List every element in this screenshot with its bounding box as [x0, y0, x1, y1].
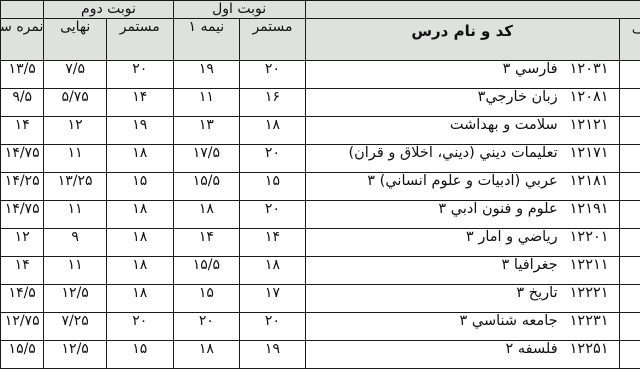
cell-row-number: ۵ — [619, 173, 640, 201]
cell-row-number: ۶ — [619, 201, 640, 229]
table-row: ۱۲۹۱۸۱۴۱۴۱۲۲۰۱رياضي و آمار ۳۷ — [1, 229, 640, 257]
cell-final: ۱۲ — [44, 117, 107, 145]
table-row: ۱۴/۷۵۱۱۱۸۱۸۲۰۱۲۱۹۱علوم و فنون ادبي ۳۶ — [1, 201, 640, 229]
cell-midterm-1: ۲۰ — [173, 313, 240, 341]
subject-name: عربي (ادبيات و علوم انساني) ۳ — [367, 173, 557, 189]
header-blank-year — [1, 1, 44, 19]
cell-midterm-1: ۱۵ — [173, 285, 240, 313]
cell-row-number: ۷ — [619, 229, 640, 257]
cell-row-number: ۱ — [619, 61, 640, 89]
cell-continuous-1: ۱۸ — [240, 257, 306, 285]
subject-name: سلامت و بهداشت — [450, 117, 558, 133]
table-row: ۱۲/۷۵۷/۲۵۲۰۲۰۲۰۱۲۲۳۱جامعه شناسي ۳۱۰ — [1, 313, 640, 341]
header-subject: کد و نام درس — [305, 19, 619, 61]
subject-code: ۱۲۱۸۱ — [570, 173, 609, 189]
cell-subject: ۱۲۲۱۱جغرافيا ۳ — [305, 257, 619, 285]
subject-name: فلسفه ۲ — [505, 341, 557, 357]
cell-final: ۱۱ — [44, 257, 107, 285]
report-card-sheet: نوبت دوم نوبت اول نمره سال نهایی مستمر ن… — [0, 0, 640, 382]
cell-continuous-2: ۱۸ — [106, 229, 173, 257]
subject-code: ۱۲۱۲۱ — [570, 117, 609, 133]
cell-continuous-2: ۱۵ — [106, 341, 173, 369]
cell-row-number: ۲ — [619, 89, 640, 117]
header-row-number: ردیف — [619, 19, 640, 61]
subject-code: ۱۲۰۳۱ — [570, 61, 609, 77]
subject-name: تعليمات ديني (ديني، اخلاق و قرآن) — [349, 145, 558, 161]
cell-continuous-2: ۱۸ — [106, 145, 173, 173]
subject-code: ۱۲۲۵۱ — [570, 341, 609, 357]
header-first-term: نوبت اول — [173, 1, 305, 19]
cell-year-grade: ۱۴ — [1, 117, 44, 145]
header-continuous-1: مستمر — [240, 19, 306, 61]
cell-year-grade: ۱۴/۷۵ — [1, 201, 44, 229]
cell-row-number: ۱۱ — [619, 341, 640, 369]
cell-continuous-2: ۱۸ — [106, 201, 173, 229]
cell-final: ۱۲/۵ — [44, 285, 107, 313]
cell-subject: ۱۲۲۲۱تاريخ ۳ — [305, 285, 619, 313]
cell-year-grade: ۱۵/۵ — [1, 341, 44, 369]
cell-row-number: ۱۰ — [619, 313, 640, 341]
cell-year-grade: ۱۲/۷۵ — [1, 313, 44, 341]
cell-final: ۱۳/۲۵ — [44, 173, 107, 201]
cell-continuous-1: ۱۵ — [240, 173, 306, 201]
cell-subject: ۱۲۲۵۱فلسفه ۲ — [305, 341, 619, 369]
cell-continuous-1: ۱۴ — [240, 229, 306, 257]
cell-year-grade: ۱۴/۲۵ — [1, 173, 44, 201]
cell-row-number: ۸ — [619, 257, 640, 285]
cell-final: ۷/۵ — [44, 61, 107, 89]
cell-subject: ۱۲۱۸۱عربي (ادبيات و علوم انساني) ۳ — [305, 173, 619, 201]
subject-code: ۱۲۱۷۱ — [570, 145, 609, 161]
cell-midterm-1: ۱۳ — [173, 117, 240, 145]
cell-continuous-1: ۱۷ — [240, 285, 306, 313]
cell-continuous-1: ۱۸ — [240, 117, 306, 145]
table-row: ۱۴۱۲۱۹۱۳۱۸۱۲۱۲۱سلامت و بهداشت۳ — [1, 117, 640, 145]
subject-code: ۱۲۱۹۱ — [570, 201, 609, 217]
header-blank-subject — [305, 1, 640, 19]
cell-final: ۵/۷۵ — [44, 89, 107, 117]
header-column-row: نمره سال نهایی مستمر نیمه ۱ مستمر کد و ن… — [1, 19, 640, 61]
cell-final: ۹ — [44, 229, 107, 257]
cell-midterm-1: ۱۱ — [173, 89, 240, 117]
cell-subject: ۱۲۰۳۱فارسي ۳ — [305, 61, 619, 89]
cell-continuous-2: ۱۸ — [106, 257, 173, 285]
header-group-row: نوبت دوم نوبت اول — [1, 1, 640, 19]
cell-midterm-1: ۱۷/۵ — [173, 145, 240, 173]
cell-midterm-1: ۱۹ — [173, 61, 240, 89]
table-row: ۱۴/۲۵۱۳/۲۵۱۵۱۵/۵۱۵۱۲۱۸۱عربي (ادبيات و عل… — [1, 173, 640, 201]
cell-midterm-1: ۱۵/۵ — [173, 257, 240, 285]
subject-name: فارسي ۳ — [503, 61, 558, 77]
subject-name: جغرافيا ۳ — [502, 257, 558, 273]
cell-final: ۱۲/۵ — [44, 341, 107, 369]
subject-code: ۱۲۲۳۱ — [570, 313, 609, 329]
header-second-term: نوبت دوم — [44, 1, 173, 19]
cell-year-grade: ۹/۵ — [1, 89, 44, 117]
header-final: نهایی — [44, 19, 107, 61]
table-row: ۱۵/۵۱۲/۵۱۵۱۸۱۹۱۲۲۵۱فلسفه ۲۱۱ — [1, 341, 640, 369]
subject-code: ۱۲۰۸۱ — [570, 89, 609, 105]
table-row: ۱۴/۷۵۱۱۱۸۱۷/۵۲۰۱۲۱۷۱تعليمات ديني (ديني، … — [1, 145, 640, 173]
cell-continuous-2: ۲۰ — [106, 313, 173, 341]
cell-row-number: ۴ — [619, 145, 640, 173]
subject-name: جامعه شناسي ۳ — [460, 313, 558, 329]
cell-subject: ۱۲۱۲۱سلامت و بهداشت — [305, 117, 619, 145]
cell-continuous-2: ۱۸ — [106, 285, 173, 313]
table-row: ۱۴/۵۱۲/۵۱۸۱۵۱۷۱۲۲۲۱تاريخ ۳۹ — [1, 285, 640, 313]
cell-continuous-1: ۱۶ — [240, 89, 306, 117]
cell-subject: ۱۲۲۰۱رياضي و آمار ۳ — [305, 229, 619, 257]
cell-row-number: ۳ — [619, 117, 640, 145]
cell-continuous-2: ۱۴ — [106, 89, 173, 117]
cell-continuous-1: ۲۰ — [240, 313, 306, 341]
cell-subject: ۱۲۱۹۱علوم و فنون ادبي ۳ — [305, 201, 619, 229]
subject-code: ۱۲۲۲۱ — [570, 285, 609, 301]
cell-year-grade: ۱۴ — [1, 257, 44, 285]
header-continuous-2: مستمر — [106, 19, 173, 61]
cell-subject: ۱۲۰۸۱زبان خارجي۳ — [305, 89, 619, 117]
subject-name: رياضي و آمار ۳ — [466, 229, 558, 245]
subject-name: زبان خارجي۳ — [478, 89, 558, 105]
cell-subject: ۱۲۲۳۱جامعه شناسي ۳ — [305, 313, 619, 341]
subject-code: ۱۲۲۱۱ — [570, 257, 609, 273]
table-row: ۹/۵۵/۷۵۱۴۱۱۱۶۱۲۰۸۱زبان خارجي۳۲ — [1, 89, 640, 117]
cell-year-grade: ۱۴/۵ — [1, 285, 44, 313]
cell-midterm-1: ۱۵/۵ — [173, 173, 240, 201]
cell-year-grade: ۱۴/۷۵ — [1, 145, 44, 173]
subject-code: ۱۲۲۰۱ — [570, 229, 609, 245]
cell-continuous-2: ۱۵ — [106, 173, 173, 201]
cell-continuous-1: ۱۹ — [240, 341, 306, 369]
grades-body: ۱۳/۵۷/۵۲۰۱۹۲۰۱۲۰۳۱فارسي ۳۱۹/۵۵/۷۵۱۴۱۱۱۶۱… — [1, 61, 640, 369]
grades-table: نوبت دوم نوبت اول نمره سال نهایی مستمر ن… — [0, 0, 640, 369]
cell-midterm-1: ۱۸ — [173, 341, 240, 369]
cell-continuous-1: ۲۰ — [240, 201, 306, 229]
header-midterm-1: نیمه ۱ — [173, 19, 240, 61]
cell-year-grade: ۱۲ — [1, 229, 44, 257]
subject-name: تاريخ ۳ — [516, 285, 557, 301]
header-year-grade: نمره سال — [1, 19, 44, 61]
cell-row-number: ۹ — [619, 285, 640, 313]
cell-continuous-2: ۲۰ — [106, 61, 173, 89]
cell-final: ۱۱ — [44, 145, 107, 173]
subject-name: علوم و فنون ادبي ۳ — [438, 201, 557, 217]
cell-continuous-2: ۱۹ — [106, 117, 173, 145]
table-row: ۱۴۱۱۱۸۱۵/۵۱۸۱۲۲۱۱جغرافيا ۳۸ — [1, 257, 640, 285]
cell-midterm-1: ۱۴ — [173, 229, 240, 257]
cell-subject: ۱۲۱۷۱تعليمات ديني (ديني، اخلاق و قرآن) — [305, 145, 619, 173]
cell-final: ۷/۲۵ — [44, 313, 107, 341]
table-row: ۱۳/۵۷/۵۲۰۱۹۲۰۱۲۰۳۱فارسي ۳۱ — [1, 61, 640, 89]
cell-final: ۱۱ — [44, 201, 107, 229]
cell-midterm-1: ۱۸ — [173, 201, 240, 229]
cell-year-grade: ۱۳/۵ — [1, 61, 44, 89]
cell-continuous-1: ۲۰ — [240, 61, 306, 89]
cell-continuous-1: ۲۰ — [240, 145, 306, 173]
